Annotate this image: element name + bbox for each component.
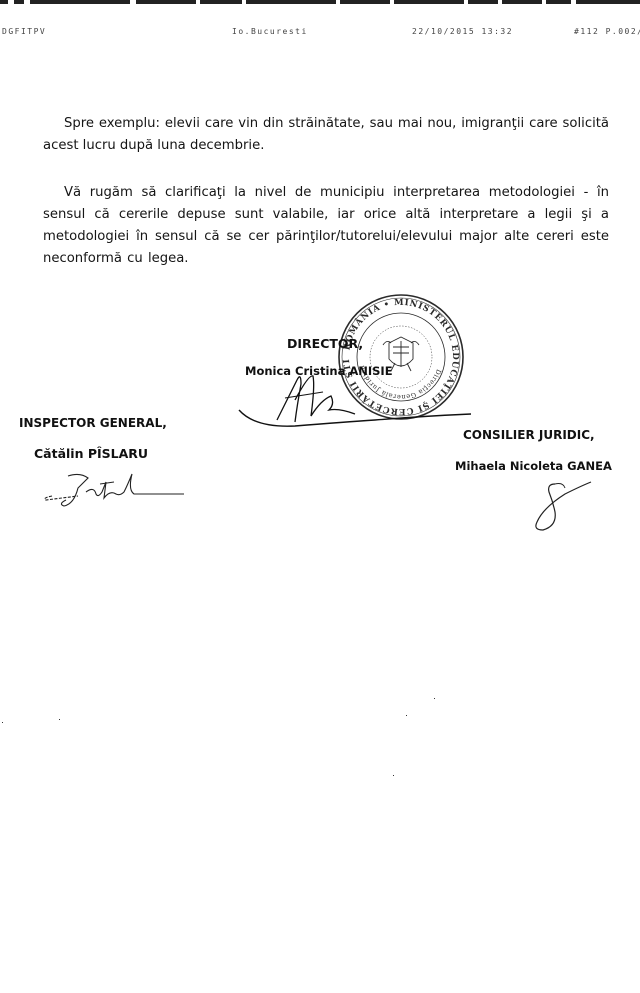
inspector-general-signature <box>38 470 188 510</box>
fax-location: Io.Bucuresti <box>232 27 308 36</box>
body-paragraph-example: Spre exemplu: elevii care vin din străin… <box>43 113 609 157</box>
body-paragraph-request: Vă rugăm să clarificaţi la nivel de muni… <box>43 182 609 270</box>
fax-header: DGFITPV Io.Bucuresti 22/10/2015 13:32 #1… <box>0 27 640 39</box>
inspector-general-title: INSPECTOR GENERAL, <box>19 416 167 430</box>
director-signature <box>235 370 475 430</box>
scan-speck <box>434 698 435 699</box>
director-title: DIRECTOR, <box>287 336 363 351</box>
paragraph-text: Spre exemplu: elevii care vin din străin… <box>43 113 609 157</box>
fax-sender-id: DGFITPV <box>2 27 46 36</box>
fax-datetime: 22/10/2015 13:32 <box>412 27 513 36</box>
scan-speck <box>393 775 394 776</box>
legal-counsel-name: Mihaela Nicoleta GANEA <box>455 459 612 473</box>
scan-speck <box>2 722 3 723</box>
legal-counsel-signature <box>525 478 595 533</box>
paragraph-text: Vă rugăm să clarificaţi la nivel de muni… <box>43 182 609 270</box>
fax-transmission-band <box>0 0 640 6</box>
fax-page-number: #112 P.002/ <box>574 27 640 36</box>
scan-speck <box>59 719 60 720</box>
scan-speck <box>406 715 407 716</box>
inspector-general-name: Cătălin PÎSLARU <box>34 446 148 461</box>
legal-counsel-title: CONSILIER JURIDIC, <box>463 428 595 442</box>
